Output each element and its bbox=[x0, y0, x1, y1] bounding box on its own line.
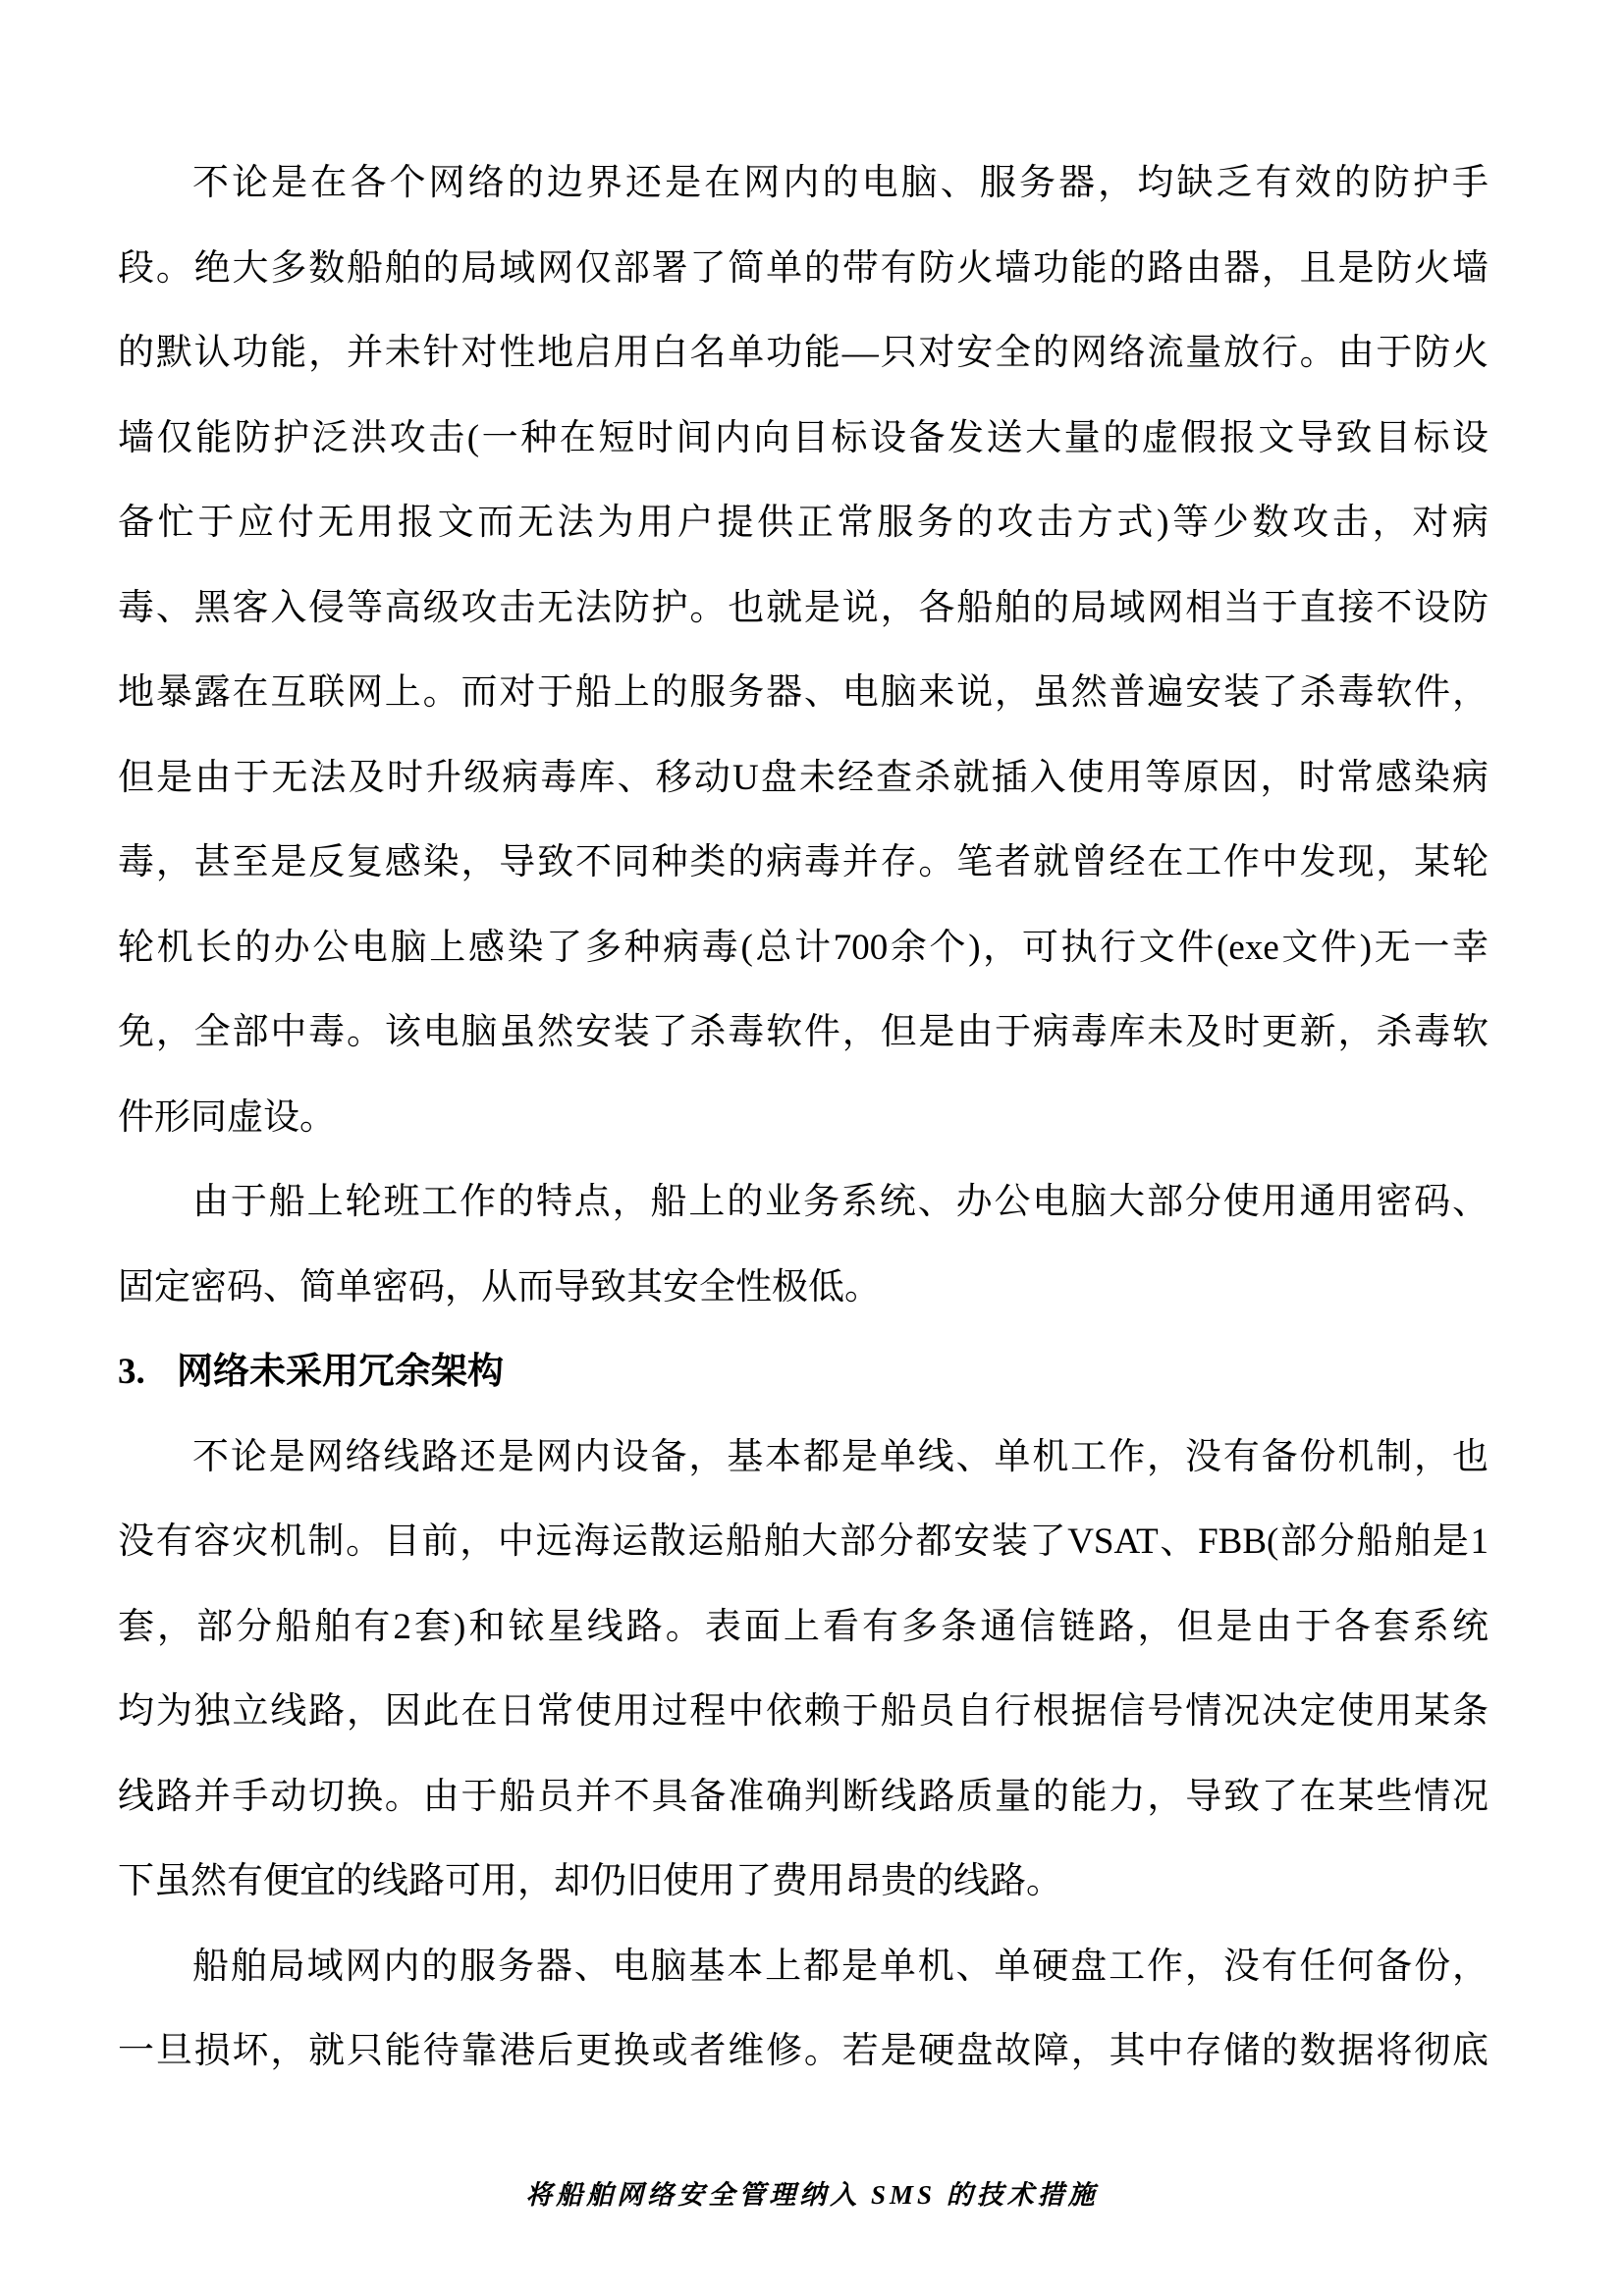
text-line: 不论是在各个网络的边界还是在网内的电脑、服务器，均缺乏有效的防护手 bbox=[118, 141, 1489, 227]
heading-text: 网络未采用冗余架构 bbox=[177, 1352, 504, 1392]
text-line: 均为独立线路，因此在日常使用过程中依赖于船员自行根据信号情况决定使用某条 bbox=[118, 1670, 1489, 1755]
text-line: 船舶局域网内的服务器、电脑基本上都是单机、单硬盘工作，没有任何备份， bbox=[118, 1925, 1489, 2010]
section-heading: 3.网络未采用冗余架构 bbox=[118, 1330, 1489, 1415]
text-line: 但是由于无法及时升级病毒库、移动U盘未经查杀就插入使用等原因，时常感染病 bbox=[118, 736, 1489, 822]
text-line: 墙仅能防护泛洪攻击(一种在短时间内向目标设备发送大量的虚假报文导致目标设 bbox=[118, 397, 1489, 482]
text-line: 毒，甚至是反复感染，导致不同种类的病毒并存。笔者就曾经在工作中发现，某轮 bbox=[118, 821, 1489, 906]
text-line: 一旦损坏，就只能待靠港后更换或者维修。若是硬盘故障，其中存储的数据将彻底 bbox=[118, 2009, 1489, 2095]
footer-title: 将船舶网络安全管理纳入 SMS 的技术措施 bbox=[525, 2180, 1099, 2210]
text-line: 不论是网络线路还是网内设备，基本都是单线、单机工作，没有备份机制，也 bbox=[118, 1415, 1489, 1501]
text-line: 线路并手动切换。由于船员并不具备准确判断线路质量的能力，导致了在某些情况 bbox=[118, 1755, 1489, 1841]
text-line: 由于船上轮班工作的特点，船上的业务系统、办公电脑大部分使用通用密码、 bbox=[118, 1160, 1489, 1246]
text-line: 下虽然有便宜的线路可用，却仍旧使用了费用昂贵的线路。 bbox=[118, 1840, 1489, 1925]
text-line: 轮机长的办公电脑上感染了多种病毒(总计700余个)，可执行文件(exe文件)无一… bbox=[118, 906, 1489, 991]
text-line: 没有容灾机制。目前，中远海运散运船舶大部分都安装了VSAT、FBB(部分船舶是1 bbox=[118, 1500, 1489, 1585]
text-line: 段。绝大多数船舶的局域网仅部署了简单的带有防火墙功能的路由器，且是防火墙 bbox=[118, 227, 1489, 312]
text-line: 免，全部中毒。该电脑虽然安装了杀毒软件，但是由于病毒库未及时更新，杀毒软 bbox=[118, 990, 1489, 1076]
text-line: 地暴露在互联网上。而对于船上的服务器、电脑来说，虽然普遍安装了杀毒软件， bbox=[118, 651, 1489, 736]
page-footer: 将船舶网络安全管理纳入 SMS 的技术措施 bbox=[0, 2175, 1624, 2224]
document-body: 不论是在各个网络的边界还是在网内的电脑、服务器，均缺乏有效的防护手段。绝大多数船… bbox=[118, 141, 1489, 2095]
text-line: 套，部分船舶有2套)和铱星线路。表面上看有多条通信链路，但是由于各套系统 bbox=[118, 1585, 1489, 1671]
text-line: 件形同虚设。 bbox=[118, 1076, 1489, 1161]
text-line: 的默认功能，并未针对性地启用白名单功能—只对安全的网络流量放行。由于防火 bbox=[118, 311, 1489, 397]
heading-number: 3. bbox=[118, 1330, 177, 1415]
text-line: 毒、黑客入侵等高级攻击无法防护。也就是说，各船舶的局域网相当于直接不设防 bbox=[118, 566, 1489, 652]
text-line: 备忙于应付无用报文而无法为用户提供正常服务的攻击方式)等少数攻击，对病 bbox=[118, 481, 1489, 566]
document-page: 不论是在各个网络的边界还是在网内的电脑、服务器，均缺乏有效的防护手段。绝大多数船… bbox=[0, 0, 1624, 2296]
text-line: 固定密码、简单密码，从而导致其安全性极低。 bbox=[118, 1246, 1489, 1331]
